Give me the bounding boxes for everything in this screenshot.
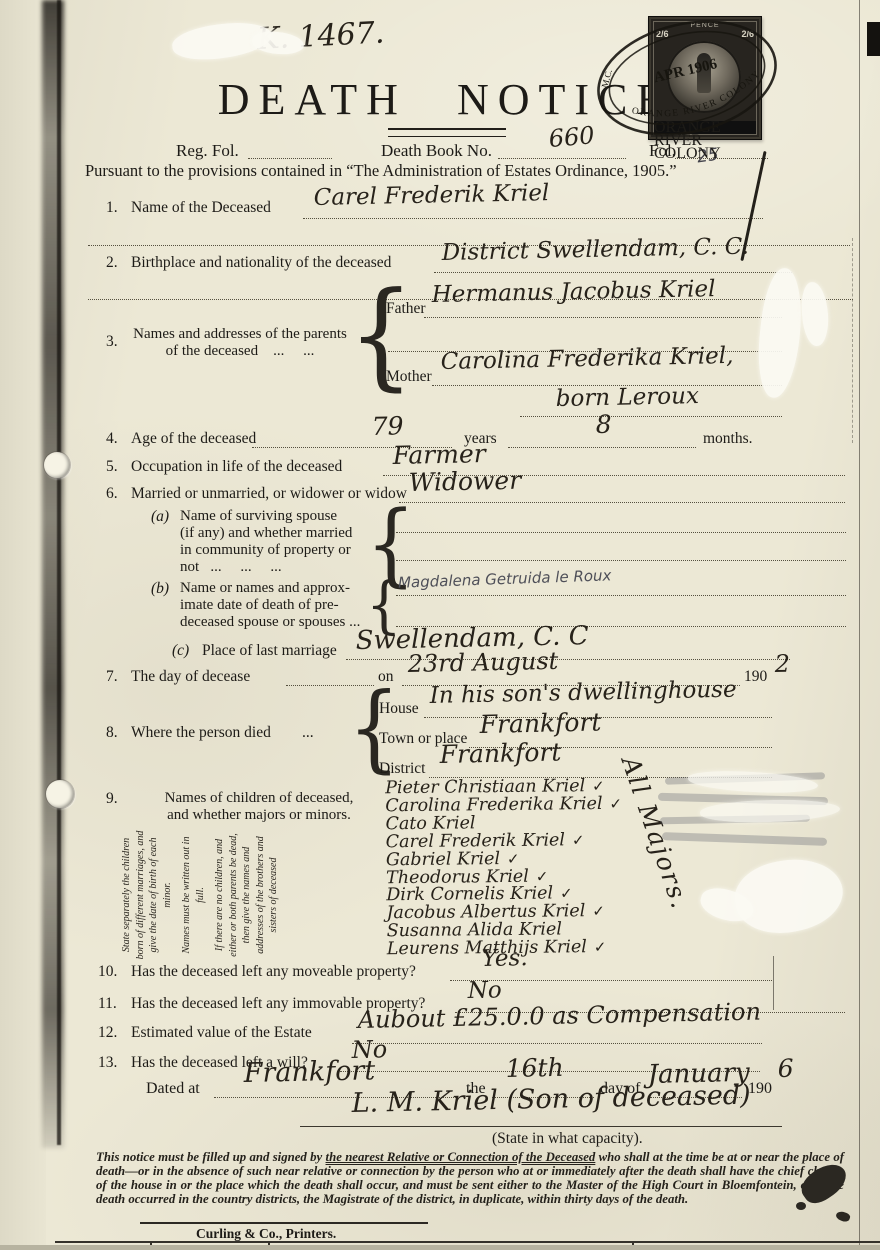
item7-year-prefix: 190	[744, 668, 767, 686]
dated-at-label: Dated at	[146, 1080, 200, 1098]
cancel-date: APR 1906	[652, 56, 719, 86]
item3-label: Names and addresses of the parents of th…	[120, 326, 360, 360]
item9-number: 9.	[106, 790, 118, 808]
cancel-postmark: ORANGE RIVER COLONY APR 1906 M.C.	[592, 20, 782, 136]
item4-years-value: 79	[371, 411, 403, 441]
check-mark: ✓	[609, 795, 622, 813]
sub-b-label: Name or names and approx- imate date of …	[180, 580, 380, 631]
item9-side-note: State separately the children born of di…	[120, 830, 370, 960]
item10-number: 10.	[98, 963, 117, 981]
mother-line2	[520, 416, 782, 417]
cancel-prefix: M.C.	[600, 68, 614, 88]
mother-value: Carolina Frederika Kriel,	[440, 343, 733, 375]
item12-number: 12.	[98, 1024, 117, 1042]
item9-label-line2: and whether majors or minors.	[128, 807, 390, 824]
bottom-edge-strip	[0, 1245, 880, 1250]
district-value: Frankfort	[439, 737, 561, 769]
right-page-line-dashed	[852, 238, 853, 443]
sub-c-label: Place of last marriage	[202, 642, 337, 660]
sub-a-line-1	[396, 532, 846, 533]
left-fold-line	[57, 0, 61, 1145]
reg-fol-label: Reg. Fol.	[176, 141, 239, 161]
item1-number: 1.	[106, 199, 118, 217]
sub-a-line-2	[396, 560, 846, 561]
corner-dark-fragment	[867, 22, 880, 56]
dated-year-value: 6	[777, 1054, 794, 1083]
check-mark: ✓	[572, 831, 585, 849]
item11-value: No	[467, 977, 502, 1004]
whiteout-smudge	[730, 851, 849, 941]
title-double-rule	[388, 128, 506, 137]
item4-label: Age of the deceased	[131, 430, 256, 448]
sub-a-label: Name of surviving spouse (if any) and wh…	[180, 508, 380, 576]
item11-number: 11.	[98, 995, 117, 1013]
item8-dots: ...	[302, 724, 314, 742]
sub-a-line1: Name of surviving spouse	[180, 508, 380, 525]
item4-months-line	[508, 447, 696, 448]
item5-value: Farmer	[392, 439, 486, 470]
item4-months-value: 8	[595, 410, 612, 439]
punch-hole-bottom	[46, 780, 74, 808]
footer-rule	[140, 1222, 428, 1224]
sub-a-line4: not ... ... ...	[180, 559, 380, 576]
pursuant-line: Pursuant to the provisions contained in …	[85, 161, 677, 181]
father-line	[424, 317, 782, 318]
children-list: Pieter Christiaan Kriel✓ Carolina Freder…	[385, 778, 624, 960]
item1-value: Carel Frederik Kriel	[313, 180, 549, 211]
side-note-1: State separately the children born of di…	[120, 830, 174, 960]
sub-b-tag: (b)	[151, 580, 169, 598]
ink-blot-tail	[796, 1202, 806, 1210]
dated-place-value: Frankfort	[243, 1055, 375, 1089]
signature-line	[300, 1126, 782, 1127]
item13-number: 13.	[98, 1054, 117, 1072]
pencil-scribble	[662, 832, 827, 846]
months-label: months.	[703, 430, 753, 448]
fold-mark-vertical	[773, 956, 774, 1010]
father-label: Father	[386, 300, 426, 318]
check-mark: ✓	[594, 938, 607, 956]
sub-a-tag: (a)	[151, 508, 169, 526]
sub-b-line-1	[396, 595, 846, 596]
house-label: House	[379, 700, 419, 718]
house-value: In his son's dwellinghouse	[429, 677, 736, 709]
item8-label: Where the person died	[131, 724, 271, 742]
item5-label: Occupation in life of the deceased	[131, 458, 342, 476]
item7-year-value: 2	[774, 650, 790, 678]
right-page-line	[859, 0, 860, 1250]
death-book-line	[498, 158, 626, 159]
notice-underlined-text: the nearest Relative or Connection of th…	[326, 1150, 596, 1164]
district-label: District	[379, 760, 426, 778]
check-mark: ✓	[507, 849, 520, 867]
sub-b-line1: Name or names and approx-	[180, 580, 380, 597]
item3-label-line2: of the deceased ... ...	[120, 343, 360, 360]
mother-value-line2: born Leroux	[555, 383, 699, 412]
whiteout-smudge	[800, 281, 830, 347]
whiteout-smudge	[753, 266, 806, 399]
death-book-label: Death Book No.	[381, 141, 492, 161]
item10-value: Yes.	[481, 945, 527, 972]
footer-notice: This notice must be filled up and signed…	[96, 1150, 844, 1206]
sub-a-line3: in community of property or	[180, 542, 380, 559]
sub-a-line2: (if any) and whether married	[180, 525, 380, 542]
item2-number: 2.	[106, 254, 118, 272]
side-note-3: If there are no children, and either or …	[213, 830, 281, 960]
item5-number: 5.	[106, 458, 118, 476]
dated-day-value: 16th	[505, 1053, 564, 1083]
father-value: Hermanus Jacobus Kriel	[431, 276, 715, 308]
item10-label: Has the deceased left any moveable prope…	[131, 963, 416, 981]
check-mark: ✓	[560, 885, 573, 903]
item1-line	[303, 218, 763, 219]
notice-text: This notice must be filled up and signed…	[96, 1150, 326, 1164]
bottom-fold-line	[55, 1241, 880, 1243]
item3-label-line1: Names and addresses of the parents	[120, 326, 360, 343]
item3-number: 3.	[106, 333, 118, 351]
reg-fol-line	[248, 158, 332, 159]
sub-b-line3: deceased spouse or spouses ...	[180, 614, 380, 631]
sub-b-value: Magdalena Getruida le Roux	[398, 566, 612, 591]
item7-value: 23rd August	[407, 647, 558, 678]
sub-c-tag: (c)	[172, 642, 189, 660]
punch-hole-top	[44, 452, 70, 478]
item8-number: 8.	[106, 724, 118, 742]
item4-number: 4.	[106, 430, 118, 448]
check-mark: ✓	[592, 902, 605, 920]
death-notice-document: K. 1467. DEATH NOTICE Reg. Fol. Death Bo…	[0, 0, 880, 1250]
item12-label: Estimated value of the Estate	[131, 1024, 312, 1042]
left-page-edge	[0, 0, 46, 1250]
check-mark: ✓	[536, 867, 549, 885]
dated-year-prefix: 190	[748, 1080, 772, 1098]
capacity-label: (State in what capacity).	[492, 1130, 643, 1148]
ink-blot-speck	[835, 1210, 851, 1223]
item2-value: District Swellendam, C. C.	[441, 234, 749, 266]
item6-number: 6.	[106, 485, 118, 503]
sub-b-line2: imate date of death of pre-	[180, 597, 380, 614]
check-mark: ✓	[592, 777, 605, 795]
item12-line	[352, 1043, 762, 1044]
item6-value: Widower	[408, 466, 521, 497]
town-value: Frankfort	[479, 707, 601, 739]
side-note-2: Names must be written out in full.	[180, 830, 207, 960]
item2-line	[434, 272, 792, 273]
item7-number: 7.	[106, 668, 118, 686]
death-book-value: 660	[548, 121, 596, 153]
item9-label-line1: Names of children of deceased,	[128, 790, 390, 807]
item1-label: Name of the Deceased	[131, 199, 271, 217]
item9-label: Names of children of deceased, and wheth…	[128, 790, 390, 824]
printer-credit: Curling & Co., Printers.	[196, 1226, 336, 1242]
signature-value: L. M. Kriel (Son of deceased)	[351, 1080, 751, 1119]
mother-label: Mother	[386, 368, 432, 386]
item6-line	[399, 502, 845, 503]
item7-label: The day of decease	[131, 668, 250, 686]
